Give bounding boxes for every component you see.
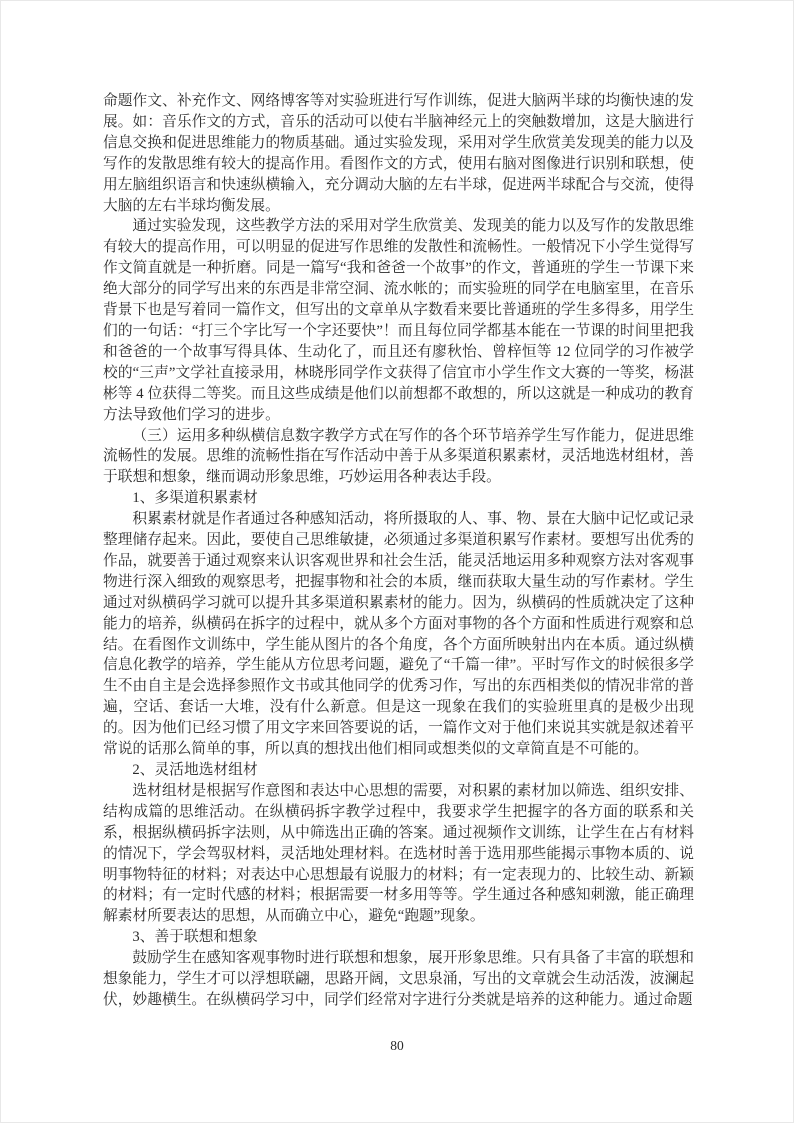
paragraph: 命题作文、补充作文、网络博客等对实验班进行写作训练，促进大脑两半球的均衡快速的发… [103, 91, 694, 216]
paragraph: 1、多渠道积累素材 [103, 488, 694, 509]
paragraph: 3、善于联想和想象 [103, 927, 694, 948]
document-page: 命题作文、补充作文、网络博客等对实验班进行写作训练，促进大脑两半球的均衡快速的发… [0, 0, 794, 1123]
paragraph: 选材组材是根据写作意图和表达中心思想的需要，对积累的素材加以筛选、组织安排、结构… [103, 781, 694, 927]
document-body: 命题作文、补充作文、网络博客等对实验班进行写作训练，促进大脑两半球的均衡快速的发… [103, 91, 694, 1011]
paragraph: （三）运用多种纵横信息数字教学方式在写作的各个环节培养学生写作能力，促进思维流畅… [103, 426, 694, 489]
paragraph: 通过实验发现，这些教学方法的采用对学生欣赏美、发现美的能力以及写作的发散思维有较… [103, 216, 694, 425]
paragraph: 鼓励学生在感知客观事物时进行联想和想象，展开形象思维。只有具备了丰富的联想和想象… [103, 948, 694, 1011]
paragraph: 积累素材就是作者通过各种感知活动，将所摄取的人、事、物、景在大脑中记忆或记录整理… [103, 509, 694, 760]
page-footer: 80 [1, 1037, 793, 1055]
paragraph: 2、灵活地选材组材 [103, 760, 694, 781]
page-number: 80 [390, 1038, 404, 1053]
